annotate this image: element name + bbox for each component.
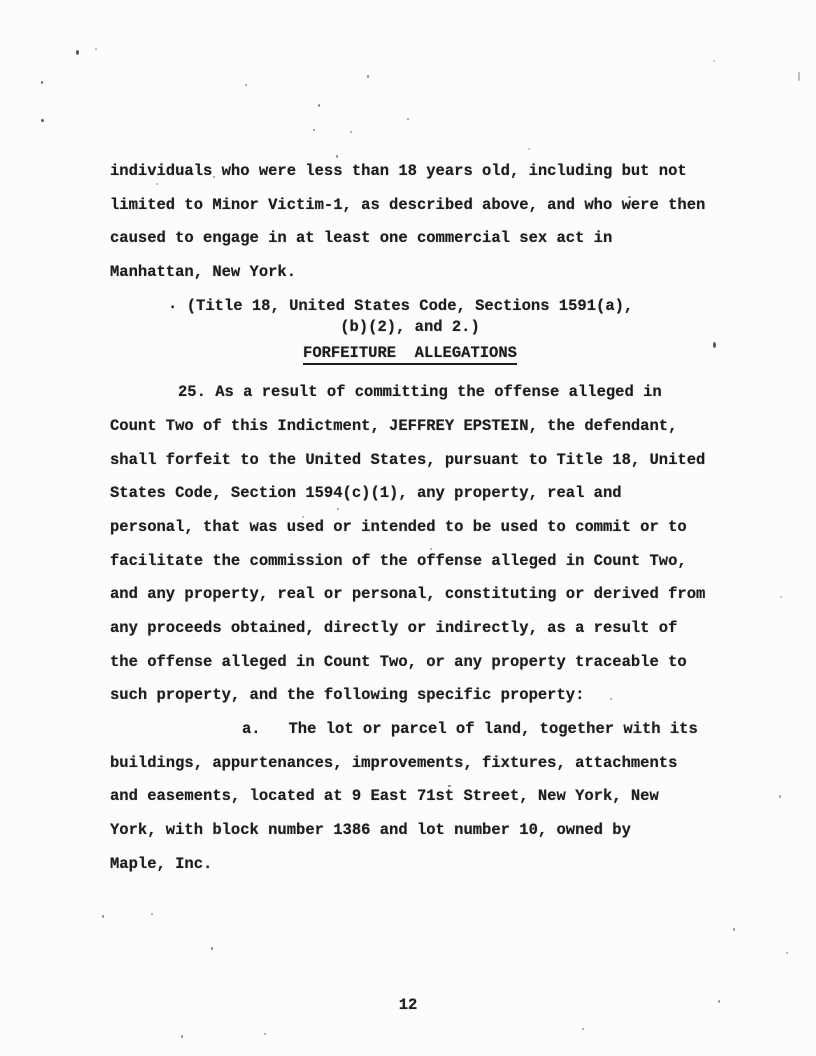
subparagraph-a-line: York, with block number 1386 and lot num… [110,814,710,848]
scan-speck [407,118,409,120]
paragraph-25-line: and any property, real or personal, cons… [110,578,710,612]
scan-speck [156,183,158,185]
scan-speck [610,698,612,700]
paragraph-25-line: Count Two of this Indictment, JEFFREY EP… [110,410,710,444]
scan-speck [337,508,339,510]
scan-speck [76,50,79,55]
section-heading: FORFEITURE ALLEGATIONS [110,337,710,371]
scan-speck [41,81,43,84]
scan-speck [318,104,320,107]
scan-speck [211,947,213,950]
scan-speck [264,1033,266,1035]
paragraph-25-line: 25. As a result of committing the offens… [110,376,710,410]
body-line: Manhattan, New York. [110,256,710,290]
scan-speck [430,548,432,550]
paragraph-25-line: facilitate the commission of the offense… [110,545,710,579]
subparagraph-a-line: Maple, Inc. [110,848,710,882]
body-line: individuals who were less than 18 years … [110,155,710,189]
body-line: limited to Minor Victim-1, as described … [110,189,710,223]
scan-speck [313,129,315,131]
paragraph-25-line: the offense alleged in Count Two, or any… [110,646,710,680]
paragraph-25-line: any proceeds obtained, directly or indir… [110,612,710,646]
scan-speck [628,196,631,198]
scan-speck [213,176,215,178]
scan-speck [245,84,247,86]
body-line: caused to engage in at least one commerc… [110,222,710,256]
scan-speck [302,516,304,518]
document-body: individuals who were less than 18 years … [110,155,710,881]
scan-speck [733,928,735,931]
scan-speck [713,342,716,348]
paragraph-25-line: personal, that was used or intended to b… [110,511,710,545]
scan-speck [102,915,104,918]
paragraph-25-line: shall forfeit to the United States, purs… [110,444,710,478]
subparagraph-a-line: a. The lot or parcel of land, together w… [110,713,710,747]
scan-speck [181,1035,183,1038]
scan-speck [95,48,97,50]
scan-speck [350,131,352,133]
scan-speck [448,785,451,787]
scan-speck [41,119,44,122]
paragraph-25-line: States Code, Section 1594(c)(1), any pro… [110,477,710,511]
section-heading-text: FORFEITURE ALLEGATIONS [303,344,517,365]
scan-speck [528,148,530,150]
scan-speck [582,1028,584,1030]
stray-period-mark: . [168,295,177,313]
scan-speck [786,952,788,954]
paragraph-25-line: such property, and the following specifi… [110,679,710,713]
scan-speck [151,913,153,915]
scan-speck [779,795,781,798]
scan-speck [336,155,338,158]
page-number: 12 [0,995,816,1015]
scan-speck [780,596,782,598]
scan-speck [718,1000,720,1003]
scanned-document-page: individuals who were less than 18 years … [0,0,816,1056]
scan-speck [798,72,800,81]
subparagraph-a-line: buildings, appurtenances, improvements, … [110,747,710,781]
subparagraph-a-line: and easements, located at 9 East 71st St… [110,780,710,814]
scan-speck [367,75,369,78]
scan-speck [713,60,715,62]
